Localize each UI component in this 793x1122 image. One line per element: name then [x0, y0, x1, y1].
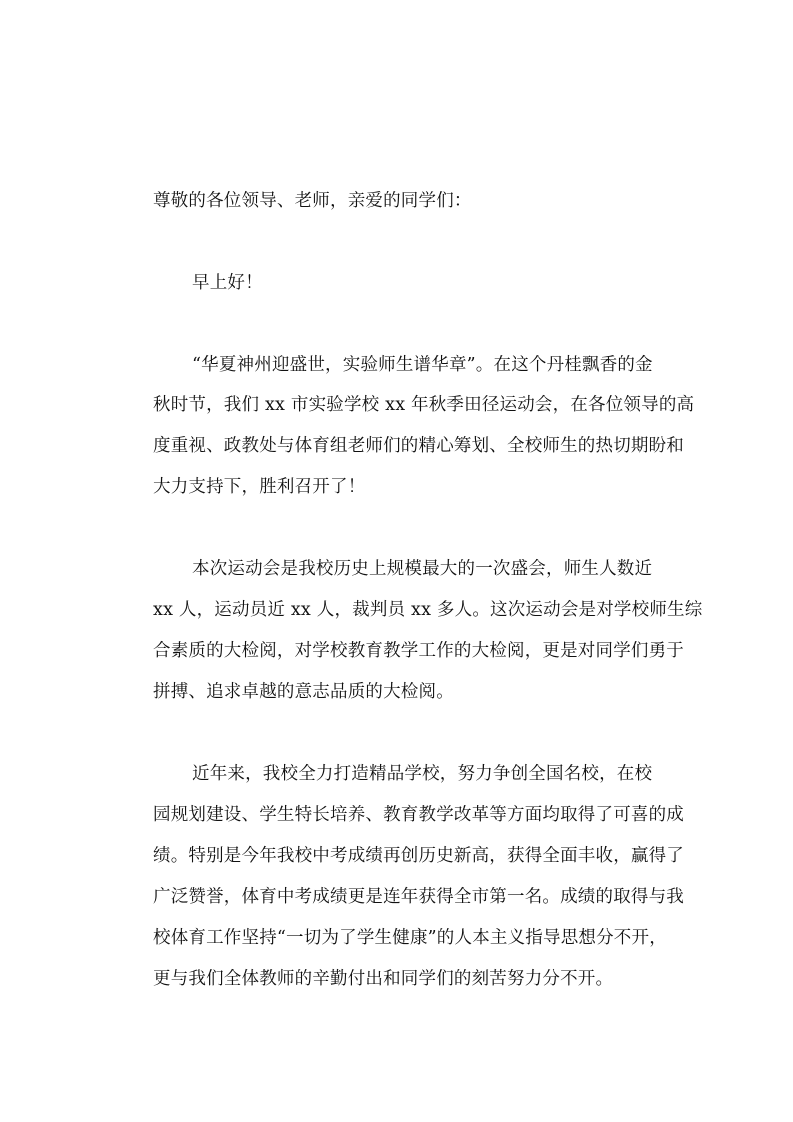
paragraph-line: 度重视、政教处与体育组老师们的精心筹划、全校师生的热切期盼和 [153, 435, 684, 457]
paragraph-line: 校体育工作坚持“一切为了学生健康”的人本主义指导思想分不开， [153, 927, 667, 949]
paragraph-line: 合素质的大检阅，对学校教育教学工作的大检阅，更是对同学们勇于 [153, 640, 684, 662]
salutation: 尊敬的各位领导、老师，亲爱的同学们： [153, 190, 472, 212]
paragraph-line: 更与我们全体教师的辛勤付出和同学们的刻苦努力分不开。 [153, 968, 613, 990]
paragraph-line: 广泛赞誉，体育中考成绩更是连年获得全市第一名。成绩的取得与我 [153, 886, 684, 908]
paragraph-line: 大力支持下，胜利召开了！ [153, 476, 365, 498]
paragraph-line: xx 人，运动员近 xx 人，裁判员 xx 多人。这次运动会是对学校师生综 [153, 599, 702, 621]
paragraph-line: 近年来，我校全力打造精品学校，努力争创全国名校，在校 [192, 763, 652, 785]
paragraph-line: 拼搏、追求卓越的意志品质的大检阅。 [153, 681, 454, 703]
paragraph-line: 绩。特别是今年我校中考成绩再创历史新高，获得全面丰收，赢得了 [153, 845, 684, 867]
paragraph-line: 园规划建设、学生特长培养、教育教学改革等方面均取得了可喜的成 [153, 804, 684, 826]
paragraph-line: “华夏神州迎盛世，实验师生谱华章”。在这个丹桂飘香的金 [192, 354, 653, 376]
paragraph-line: 本次运动会是我校历史上规模最大的一次盛会，师生人数近 [192, 558, 652, 580]
document-page: 尊敬的各位领导、老师，亲爱的同学们： 早上好！ “华夏神州迎盛世，实验师生谱华章… [0, 0, 793, 1122]
greeting: 早上好！ [192, 272, 263, 294]
paragraph-line: 秋时节，我们 xx 市实验学校 xx 年秋季田径运动会，在各位领导的高 [153, 394, 694, 416]
